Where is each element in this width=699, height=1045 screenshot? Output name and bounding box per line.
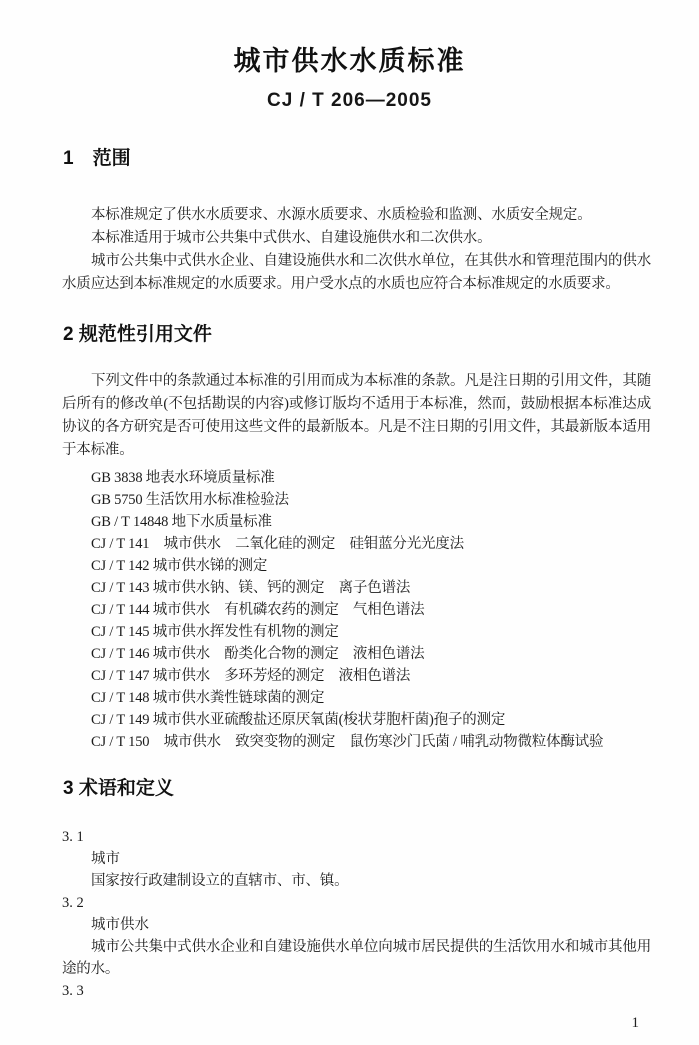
term-number: 3. 1	[62, 826, 651, 848]
references-list: GB 3838 地表水环境质量标准 GB 5750 生活饮用水标准检验法 GB …	[62, 467, 659, 753]
term-definition: 城市公共集中式供水企业和自建设施供水单位向城市居民提供的生活饮用水和城市其他用途…	[62, 936, 651, 980]
scope-paragraph: 本标准适用于城市公共集中式供水、自建设施供水和二次供水。	[62, 227, 651, 250]
reference-item: CJ / T 142 城市供水锑的测定	[62, 555, 659, 577]
reference-item: CJ / T 143 城市供水钠、镁、钙的测定 离子色谱法	[62, 577, 659, 599]
standard-number: CJ / T 206—2005	[0, 90, 699, 112]
reference-item: CJ / T 146 城市供水 酚类化合物的测定 液相色谱法	[62, 643, 659, 665]
reference-item: GB 5750 生活饮用水标准检验法	[62, 489, 659, 511]
term-number: 3. 2	[62, 892, 651, 914]
reference-item: CJ / T 149 城市供水亚硫酸盐还原厌氧菌(梭状芽胞杆菌)孢子的测定	[62, 709, 659, 731]
reference-item: CJ / T 148 城市供水粪性链球菌的测定	[62, 687, 659, 709]
reference-item: CJ / T 145 城市供水挥发性有机物的测定	[62, 621, 659, 643]
section-scope-heading: 1 范围	[63, 147, 639, 171]
reference-item: CJ / T 144 城市供水 有机磷农药的测定 气相色谱法	[62, 599, 659, 621]
reference-item: GB 3838 地表水环境质量标准	[62, 467, 659, 489]
term-definition: 国家按行政建制设立的直辖市、市、镇。	[62, 870, 651, 892]
term-name: 城市	[62, 848, 651, 870]
references-intro: 下列文件中的条款通过本标准的引用而成为本标准的条款。凡是注日期的引用文件，其随后…	[62, 370, 651, 462]
document-title: 城市供水水质标准	[0, 0, 699, 78]
term-name: 城市供水	[62, 914, 651, 936]
document-page: 城市供水水质标准 CJ / T 206—2005 1 范围 本标准规定了供水水质…	[0, 0, 699, 1045]
page-number: 1	[632, 1014, 640, 1032]
term-number: 3. 3	[62, 980, 651, 1002]
scope-paragraphs: 本标准规定了供水水质要求、水源水质要求、水质检验和监测、水质安全规定。 本标准适…	[0, 204, 699, 296]
scope-paragraph: 城市公共集中式供水企业、自建设施供水和二次供水单位，在其供水和管理范围内的供水水…	[62, 250, 651, 296]
terms-list: 3. 1 城市 国家按行政建制设立的直辖市、市、镇。 3. 2 城市供水 城市公…	[0, 826, 699, 1002]
section-terms-heading: 3 术语和定义	[63, 777, 639, 801]
reference-item: GB / T 14848 地下水质量标准	[62, 511, 659, 533]
reference-item: CJ / T 150 城市供水 致突变物的测定 鼠伤寒沙门氏菌 / 哺乳动物微粒…	[62, 731, 659, 753]
section-references-heading: 2 规范性引用文件	[63, 323, 639, 347]
scope-paragraph: 本标准规定了供水水质要求、水源水质要求、水质检验和监测、水质安全规定。	[62, 204, 651, 227]
reference-item: CJ / T 141 城市供水 二氧化硅的测定 硅钼蓝分光光度法	[62, 533, 659, 555]
reference-item: CJ / T 147 城市供水 多环芳烃的测定 液相色谱法	[62, 665, 659, 687]
